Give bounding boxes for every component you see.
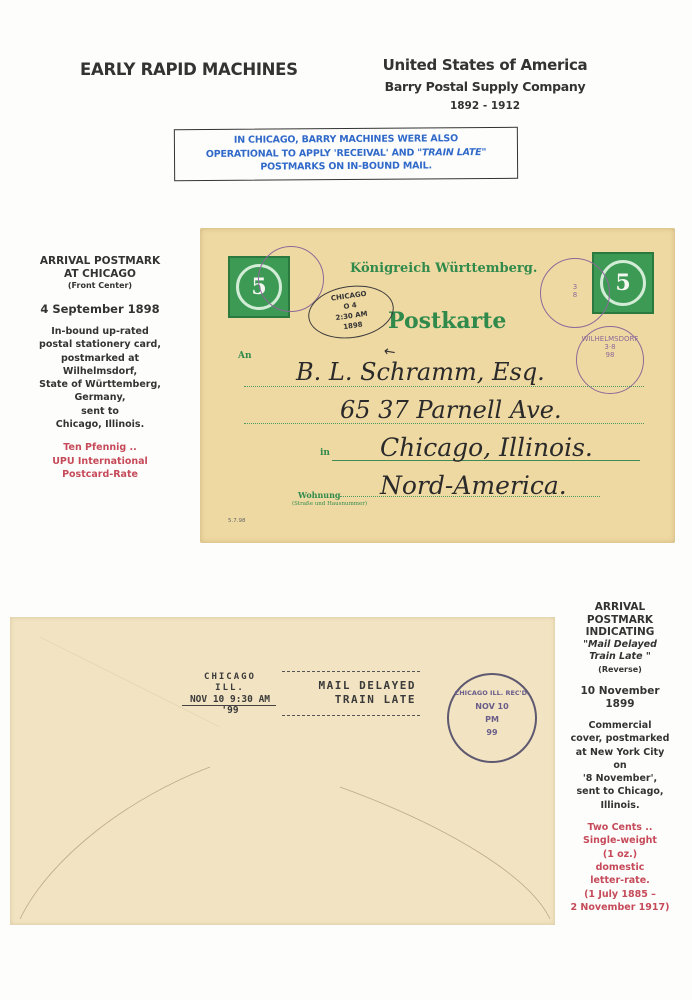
text-line: on xyxy=(555,759,685,772)
item2-body: Commercialcover, postmarkedat New York C… xyxy=(555,719,685,812)
text-line: Two Cents .. xyxy=(555,821,685,834)
print-code: 5.7.98 xyxy=(228,518,246,524)
text-line: 2 November 1917) xyxy=(555,901,685,914)
text-line: (1 oz.) xyxy=(555,848,685,861)
address-name: B. L. Schramm, Esq. xyxy=(296,358,545,386)
text-line: sent to Chicago, xyxy=(555,785,685,798)
text-line: Ten Pfennig .. xyxy=(10,441,190,454)
item2-description: ARRIVAL POSTMARK INDICATING "Mail Delaye… xyxy=(555,601,685,914)
item2-date: 10 November1899 xyxy=(555,685,685,710)
exhibit-header-right: United States of America Barry Postal Su… xyxy=(370,56,600,112)
item1-date: 4 September 1898 xyxy=(10,303,190,316)
address-city: Chicago, Illinois. xyxy=(380,433,593,462)
item2-title: ARRIVAL xyxy=(555,601,685,614)
text-line: Germany, xyxy=(10,391,190,404)
years-range: 1892 - 1912 xyxy=(370,100,600,112)
text-line: Postcard-Rate xyxy=(10,468,190,481)
item1-body: In-bound up-ratedpostal stationery card,… xyxy=(10,325,190,431)
text-line: letter-rate. xyxy=(555,874,685,887)
item1-position: (Front Center) xyxy=(10,280,190,293)
text-line: (1 July 1885 – xyxy=(555,888,685,901)
text-line: at New York City xyxy=(555,746,685,759)
slogan-border xyxy=(282,671,420,672)
an-label: An xyxy=(238,351,252,361)
text-line: Wilhelmsdorf, xyxy=(10,365,190,378)
callout-line: POSTMARKS ON IN-BOUND MAIL. xyxy=(175,159,517,175)
text-line: UPU International xyxy=(10,455,190,468)
address-line xyxy=(244,386,644,387)
country-title: United States of America xyxy=(370,56,600,74)
company-title: Barry Postal Supply Company xyxy=(370,79,600,94)
wilhelmsdorf-postmark: WILHELMSDORF3·898 xyxy=(576,326,644,394)
text-line: Commercial xyxy=(555,719,685,732)
item2-title: INDICATING xyxy=(555,626,685,639)
callout-box: IN CHICAGO, BARRY MACHINES WERE ALSO OPE… xyxy=(174,127,518,181)
callout-line: OPERATIONAL TO APPLY 'RECEIVAL' AND "TRA… xyxy=(175,145,517,161)
address-street: 65 37 Parnell Ave. xyxy=(340,396,562,424)
envelope-flap-lines xyxy=(10,617,555,925)
train-late-slogan: MAIL DELAYED TRAIN LATE xyxy=(286,679,416,707)
postal-card: 5 5 38 WILHELMSDORF3·898 Königreich Würt… xyxy=(200,228,675,543)
chicago-receiving-backstamp: CHICAGO ILL. REC'D. NOV 10 PM 99 xyxy=(447,673,537,763)
cover-reverse: CHICAGO ILL. NOV 10 9:30 AM '99 MAIL DEL… xyxy=(10,617,555,925)
address-country: Nord-America. xyxy=(380,471,567,500)
wilhelmsdorf-postmark: 38 xyxy=(540,258,610,328)
dial-underline xyxy=(182,705,276,706)
item2-position: (Reverse) xyxy=(555,664,685,677)
text-line: cover, postmarked xyxy=(555,732,685,745)
item1-rate: Ten Pfennig ..UPU InternationalPostcard-… xyxy=(10,441,190,481)
wohnung-label: Wohnung xyxy=(298,490,341,500)
item2-quote: Train Late " xyxy=(555,651,685,664)
in-label: in xyxy=(320,448,330,458)
machine-cancel-dial: CHICAGO ILL. NOV 10 9:30 AM '99 xyxy=(180,672,280,716)
card-heading: Königreich Württemberg. xyxy=(350,261,537,276)
item2-rate: Two Cents ..Single-weight(1 oz.)domestic… xyxy=(555,821,685,914)
text-line: postmarked at xyxy=(10,352,190,365)
card-type: Postkarte xyxy=(388,308,506,334)
item1-title: ARRIVAL POSTMARK xyxy=(10,255,190,268)
text-line: Chicago, Illinois. xyxy=(10,418,190,431)
wohnung-sublabel: (Straße und Hausnummer) xyxy=(292,501,367,507)
item2-title: POSTMARK xyxy=(555,614,685,627)
slogan-border xyxy=(282,715,420,716)
text-line: postal stationery card, xyxy=(10,338,190,351)
text-line: In-bound up-rated xyxy=(10,325,190,338)
text-line: '8 November', xyxy=(555,772,685,785)
text-line: sent to xyxy=(10,405,190,418)
text-line: Illinois. xyxy=(555,799,685,812)
item1-title: AT CHICAGO xyxy=(10,268,190,281)
item2-quote: "Mail Delayed xyxy=(555,639,685,652)
exhibit-title: EARLY RAPID MACHINES xyxy=(80,60,298,79)
item1-description: ARRIVAL POSTMARK AT CHICAGO (Front Cente… xyxy=(10,255,190,481)
text-line: domestic xyxy=(555,861,685,874)
text-line: Single-weight xyxy=(555,834,685,847)
text-line: State of Württemberg, xyxy=(10,378,190,391)
